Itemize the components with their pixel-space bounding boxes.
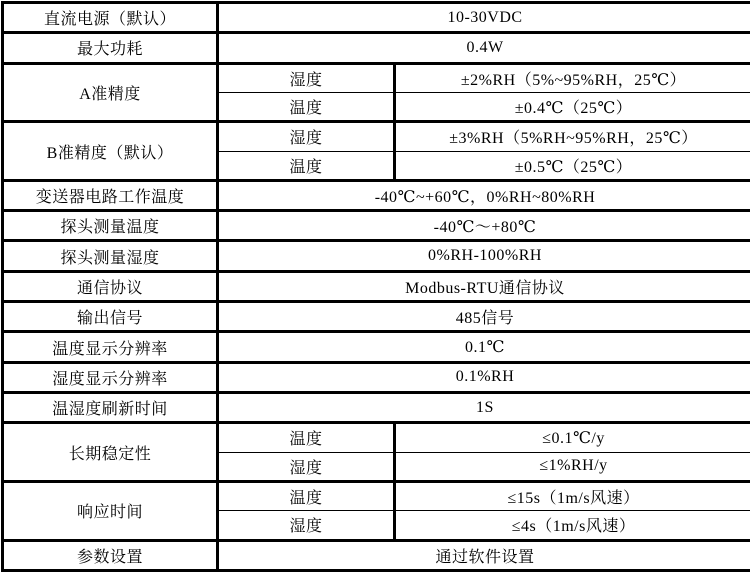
param-value: -40℃~+60℃，0%RH~80%RH — [218, 180, 750, 210]
param-value: ≤0.1℃/y — [395, 423, 750, 452]
sub-label: 湿度 — [218, 452, 395, 481]
sub-label: 湿度 — [218, 511, 395, 540]
row-circuit-working-temp: 变送器电路工作温度 -40℃~+60℃，0%RH~80%RH — [3, 180, 750, 210]
row-max-power: 最大功耗 0.4W — [3, 33, 750, 63]
param-label: 温湿度刷新时间 — [3, 393, 218, 423]
param-label: B准精度（默认） — [3, 122, 218, 181]
param-label: 直流电源（默认） — [3, 3, 218, 33]
param-value: ±3%RH（5%RH~95%RH，25℃） — [395, 122, 750, 151]
row-stability-temperature: 长期稳定性 温度 ≤0.1℃/y — [3, 423, 750, 452]
sub-label: 湿度 — [218, 63, 395, 92]
row-output-signal: 输出信号 485信号 — [3, 302, 750, 332]
param-value: 0.1%RH — [218, 362, 750, 392]
sub-label: 湿度 — [218, 122, 395, 151]
param-label: 响应时间 — [3, 481, 218, 540]
param-label: 温度显示分辨率 — [3, 332, 218, 362]
param-value: ≤1%RH/y — [395, 452, 750, 481]
sub-label: 温度 — [218, 481, 395, 510]
param-label: 探头测量温度 — [3, 211, 218, 241]
param-label: 湿度显示分辨率 — [3, 362, 218, 392]
param-value: -40℃～+80℃ — [218, 211, 750, 241]
param-label: 探头测量湿度 — [3, 241, 218, 271]
param-value: ±2%RH（5%~95%RH，25℃） — [395, 63, 750, 92]
row-response-temperature: 响应时间 温度 ≤15s（1m/s风速） — [3, 481, 750, 510]
row-accuracy-a-humidity: A准精度 湿度 ±2%RH（5%~95%RH，25℃） — [3, 63, 750, 92]
param-value: 0.4W — [218, 33, 750, 63]
param-label: 通信协议 — [3, 271, 218, 301]
row-refresh-time: 温湿度刷新时间 1S — [3, 393, 750, 423]
spec-table: 直流电源（默认） 10-30VDC 最大功耗 0.4W A准精度 湿度 ±2%R… — [1, 1, 750, 572]
param-value: ≤4s（1m/s风速） — [395, 511, 750, 540]
param-value: 1S — [218, 393, 750, 423]
param-value: 0%RH-100%RH — [218, 241, 750, 271]
param-value: ±0.4℃（25℃） — [395, 92, 750, 121]
param-value: 10-30VDC — [218, 3, 750, 33]
sub-label: 温度 — [218, 151, 395, 180]
param-label: 变送器电路工作温度 — [3, 180, 218, 210]
row-protocol: 通信协议 Modbus-RTU通信协议 — [3, 271, 750, 301]
spec-sheet-page: 直流电源（默认） 10-30VDC 最大功耗 0.4W A准精度 湿度 ±2%R… — [0, 0, 750, 573]
param-label: 参数设置 — [3, 540, 218, 571]
row-probe-temp-range: 探头测量温度 -40℃～+80℃ — [3, 211, 750, 241]
row-humidity-resolution: 湿度显示分辨率 0.1%RH — [3, 362, 750, 392]
param-value: 通过软件设置 — [218, 540, 750, 571]
param-value: ±0.5℃（25℃） — [395, 151, 750, 180]
param-label: 输出信号 — [3, 302, 218, 332]
row-temp-resolution: 温度显示分辨率 0.1℃ — [3, 332, 750, 362]
row-parameter-setting: 参数设置 通过软件设置 — [3, 540, 750, 571]
param-label: 最大功耗 — [3, 33, 218, 63]
sub-label: 温度 — [218, 92, 395, 121]
param-label: A准精度 — [3, 63, 218, 122]
row-accuracy-b-humidity: B准精度（默认） 湿度 ±3%RH（5%RH~95%RH，25℃） — [3, 122, 750, 151]
param-value: 485信号 — [218, 302, 750, 332]
row-dc-power: 直流电源（默认） 10-30VDC — [3, 3, 750, 33]
param-value: 0.1℃ — [218, 332, 750, 362]
param-label: 长期稳定性 — [3, 423, 218, 482]
row-probe-humidity-range: 探头测量湿度 0%RH-100%RH — [3, 241, 750, 271]
param-value: ≤15s（1m/s风速） — [395, 481, 750, 510]
param-value: Modbus-RTU通信协议 — [218, 271, 750, 301]
sub-label: 温度 — [218, 423, 395, 452]
